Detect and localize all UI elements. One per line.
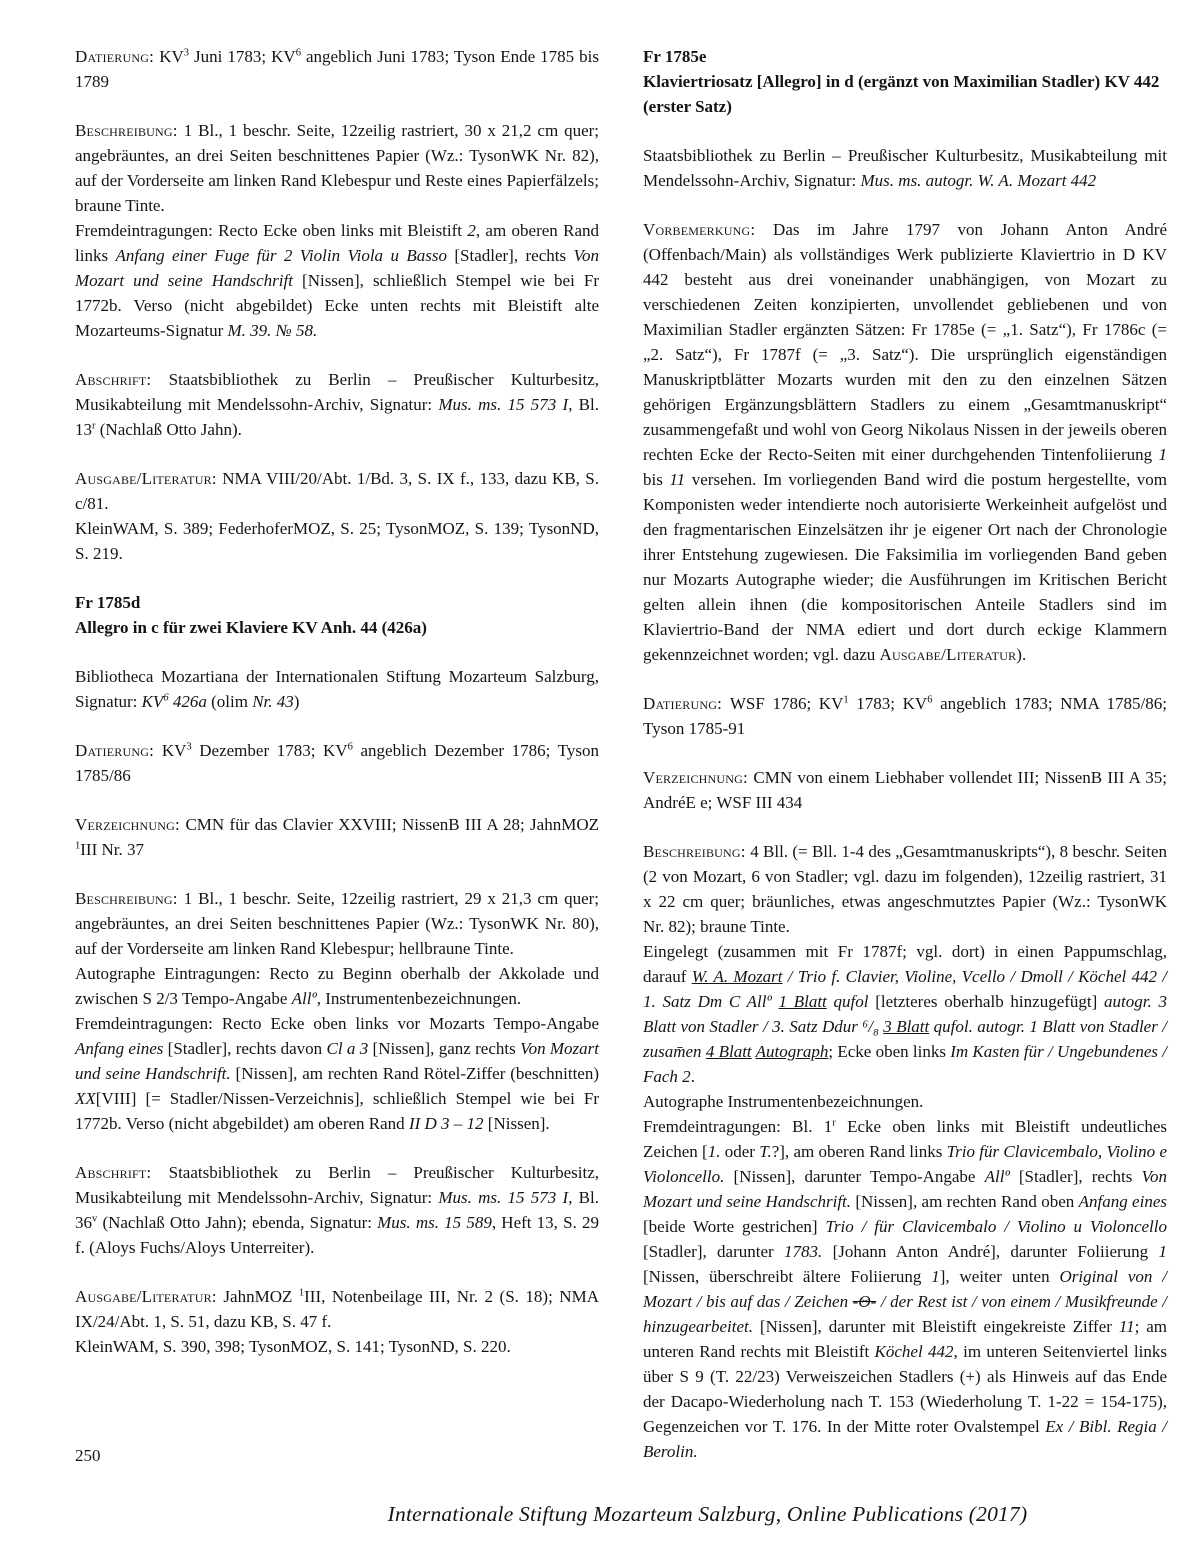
two-column-text-area: Datierung: KV3 Juni 1783; KV6 angeblich … bbox=[75, 44, 1167, 1488]
provenance-block-fr1785e: Staatsbibliothek zu Berlin – Preußischer… bbox=[643, 143, 1167, 193]
beschreibung-block-fr1785d: Beschreibung: 1 Bl., 1 beschr. Seite, 12… bbox=[75, 886, 599, 1136]
beschreibung-block-fr1785e: Beschreibung: 4 Bll. (= Bll. 1-4 des „Ge… bbox=[643, 839, 1167, 1464]
datierung-block-fr1785d: Datierung: KV3 Dezember 1783; KV6 angebl… bbox=[75, 738, 599, 788]
provenance-block-fr1785d: Bibliotheca Mozartiana der International… bbox=[75, 664, 599, 714]
entry-heading-fr1785e: Fr 1785eKlaviertriosatz [Allegro] in d (… bbox=[643, 44, 1167, 119]
abschrift-block-1785c: Abschrift: Staatsbibliothek zu Berlin – … bbox=[75, 367, 599, 442]
document-page: Datierung: KV3 Juni 1783; KV6 angeblich … bbox=[0, 0, 1200, 1564]
ausgabe-literatur-block-fr1785d: Ausgabe/Literatur: JahnMOZ 1III, Notenbe… bbox=[75, 1284, 599, 1359]
vorbemerkung-block-fr1785e: Vorbemerkung: Das im Jahre 1797 von Joha… bbox=[643, 217, 1167, 667]
entry-heading-fr1785d: Fr 1785dAllegro in c für zwei Klaviere K… bbox=[75, 590, 599, 640]
right-column: Fr 1785eKlaviertriosatz [Allegro] in d (… bbox=[643, 44, 1167, 1488]
datierung-block-fr1785e: Datierung: WSF 1786; KV1 1783; KV6 angeb… bbox=[643, 691, 1167, 741]
left-column: Datierung: KV3 Juni 1783; KV6 angeblich … bbox=[75, 44, 599, 1488]
datierung-block-1785c: Datierung: KV3 Juni 1783; KV6 angeblich … bbox=[75, 44, 599, 94]
abschrift-block-fr1785d: Abschrift: Staatsbibliothek zu Berlin – … bbox=[75, 1160, 599, 1260]
verzeichnung-block-fr1785d: Verzeichnung: CMN für das Clavier XXVIII… bbox=[75, 812, 599, 862]
footer-credit: Internationale Stiftung Mozarteum Salzbu… bbox=[0, 1502, 1200, 1527]
verzeichnung-block-fr1785e: Verzeichnung: CMN von einem Liebhaber vo… bbox=[643, 765, 1167, 815]
ausgabe-literatur-block-1785c: Ausgabe/Literatur: NMA VIII/20/Abt. 1/Bd… bbox=[75, 466, 599, 566]
beschreibung-block-1785c: Beschreibung: 1 Bl., 1 beschr. Seite, 12… bbox=[75, 118, 599, 343]
page-number: 250 bbox=[75, 1443, 101, 1468]
